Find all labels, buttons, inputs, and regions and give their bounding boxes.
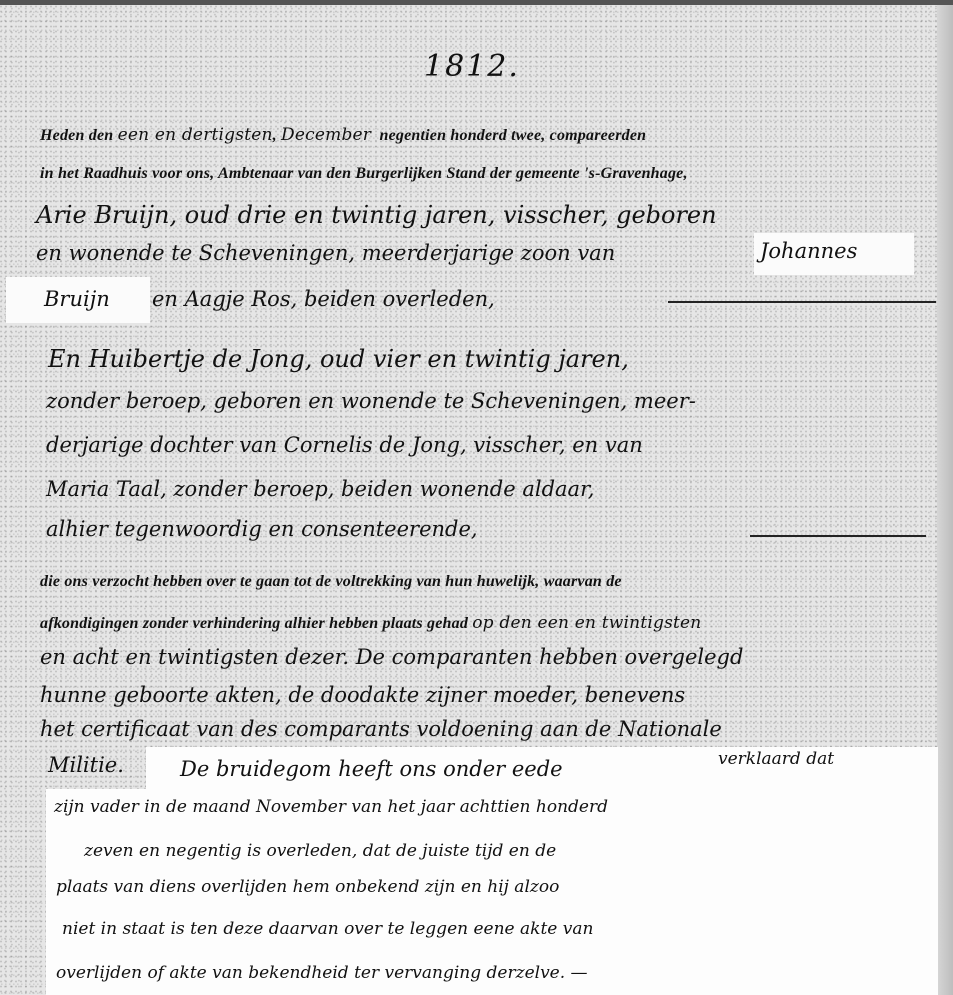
line-20: niet in staat is ten deze daarvan over t…: [62, 919, 593, 939]
line-10: alhier tegenwoordig en consenteerende,: [46, 517, 478, 541]
line-8: derjarige dochter van Cornelis de Jong, …: [46, 433, 643, 457]
fill-line: [750, 535, 926, 537]
line-11: die ons verzocht hebben over te gaan tot…: [40, 573, 622, 591]
line-4: en wonende te Scheveningen, meerderjarig…: [36, 241, 615, 265]
printed-comma: ,: [273, 127, 277, 144]
scan-edge: [937, 5, 953, 995]
line-16-a: Militie.: [48, 753, 124, 777]
line-7: zonder beroep, geboren en wonende te Sch…: [46, 389, 696, 413]
line-4-patch-text: Johannes: [760, 239, 857, 263]
handwritten-date-month: December: [281, 125, 371, 145]
line-15: het certificaat van des comparants voldo…: [40, 717, 722, 741]
line-6-bride: En Huibertje de Jong, oud vier en twinti…: [48, 345, 629, 373]
line-2: in het Raadhuis voor ons, Ambtenaar van …: [40, 165, 688, 183]
line-1: Heden den een en dertigsten, December ne…: [40, 125, 646, 145]
line-5-patch-text: Bruijn: [44, 287, 110, 311]
printed-text: negentien honderd twee, compareerden: [380, 127, 647, 144]
line-5: en Aagje Ros, beiden overleden,: [152, 287, 495, 311]
document-page: 1812. Heden den een en dertigsten, Decem…: [0, 0, 953, 995]
line-3-groom: Arie Bruijn, oud drie en twintig jaren, …: [36, 201, 717, 229]
handwritten-date-day: een en dertigsten: [118, 125, 273, 145]
line-17: zijn vader in de maand November van het …: [54, 797, 608, 817]
line-18: zeven en negentig is overleden, dat de j…: [84, 841, 556, 861]
line-12: afkondigingen zonder verhindering alhier…: [40, 613, 701, 633]
line-21: overlijden of akte van bekendheid ter ve…: [56, 963, 588, 983]
printed-text: afkondigingen zonder verhindering alhier…: [40, 615, 468, 632]
fill-line: [668, 301, 936, 303]
printed-text: Heden den: [40, 127, 113, 144]
line-16-b: De bruidegom heeft ons onder eede: [180, 757, 563, 781]
line-13: en acht en twintigsten dezer. De compara…: [40, 645, 743, 669]
line-14: hunne geboorte akten, de doodakte zijner…: [40, 683, 685, 707]
line-19: plaats van diens overlijden hem onbekend…: [56, 877, 559, 897]
line-9: Maria Taal, zonder beroep, beiden wonend…: [46, 477, 594, 501]
line-16-c: verklaard dat: [718, 749, 834, 769]
handwritten-text: op den een en twintigsten: [472, 613, 701, 633]
year-heading: 1812.: [424, 49, 520, 84]
